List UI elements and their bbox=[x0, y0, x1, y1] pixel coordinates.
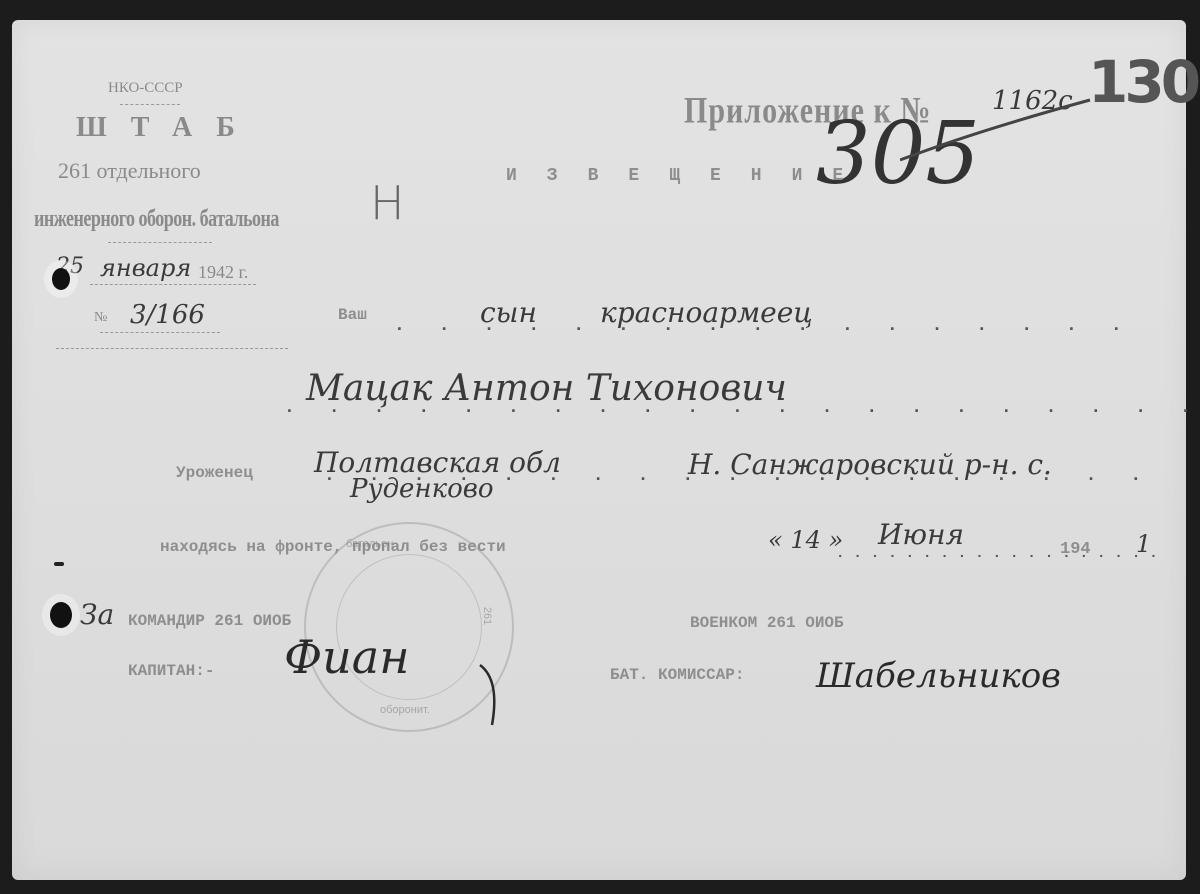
commissar-signature: Шабельников bbox=[816, 656, 1061, 696]
document-title: ИЗВЕЩЕНИЕ bbox=[506, 166, 873, 186]
margin-mark: Н bbox=[370, 176, 405, 230]
birthplace-village: Руденково bbox=[350, 474, 494, 504]
organization-label: НКО-СССР bbox=[108, 80, 183, 97]
your-label: Ваш bbox=[338, 306, 367, 324]
date-month: января bbox=[100, 254, 191, 282]
missing-year-suffix: 1 bbox=[1136, 530, 1151, 558]
native-label: Уроженец bbox=[176, 464, 253, 482]
punch-hole-bottom bbox=[50, 602, 72, 628]
number-label: № bbox=[94, 310, 107, 326]
header-bottom-rule bbox=[56, 348, 288, 349]
seal-text-top: батальон bbox=[346, 538, 393, 550]
archive-mark-130: 130 bbox=[1088, 48, 1197, 116]
number-value: 3/166 bbox=[130, 300, 205, 330]
unit-line-2: инженерного оборон. батальона bbox=[34, 204, 279, 232]
punch-hole-top bbox=[52, 268, 70, 290]
signature-prefix: За bbox=[80, 598, 114, 631]
punch-mark bbox=[54, 562, 64, 566]
missing-day: « 14 » bbox=[768, 526, 843, 554]
commander-signature: Фиан bbox=[284, 630, 410, 684]
date-year: 1942 г. bbox=[198, 262, 248, 283]
number-rule bbox=[100, 332, 220, 333]
dotted-leader-4: ................... bbox=[836, 546, 1167, 562]
archive-stroke bbox=[900, 90, 1100, 170]
commander-rank: КАПИТАН:- bbox=[128, 662, 214, 680]
seal-text-bottom: оборонит. bbox=[380, 704, 430, 716]
commissar-rank: БАТ. КОМИССАР: bbox=[610, 666, 744, 684]
date-rule bbox=[90, 284, 256, 285]
dotted-leader-2: ....................... bbox=[284, 398, 1200, 418]
commissar-title: ВОЕНКОМ 261 ОИОБ bbox=[690, 614, 844, 632]
dotted-leader-1: ................. bbox=[394, 316, 1156, 336]
staff-label: ШТАБ bbox=[76, 112, 259, 144]
signature-tail bbox=[470, 660, 510, 730]
unit-line-1: 261 отдельного bbox=[58, 158, 201, 184]
unit-rule bbox=[108, 242, 212, 243]
missing-year-prefix: 194 bbox=[1060, 540, 1091, 559]
commander-title: КОМАНДИР 261 ОИОБ bbox=[128, 612, 291, 630]
header-rule bbox=[120, 104, 180, 105]
seal-text-right: 261 bbox=[481, 607, 493, 625]
